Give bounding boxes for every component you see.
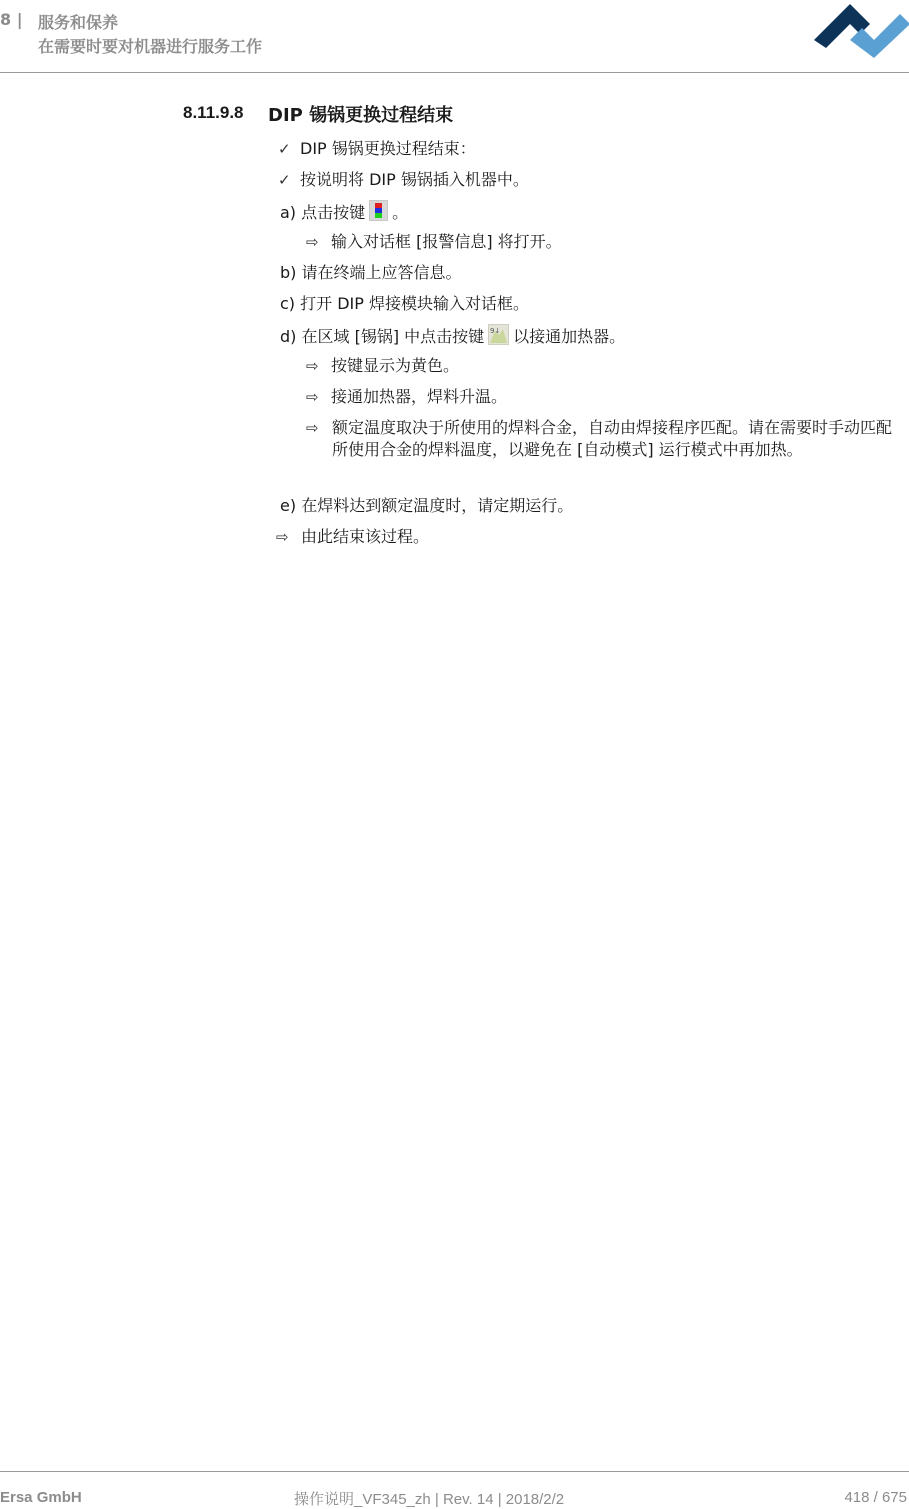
- chapter-title: 服务和保养: [38, 10, 118, 33]
- step-c: c) 打开 DIP 焊接模块输入对话框。: [280, 293, 529, 315]
- section-number: 8.11.9.8: [183, 103, 244, 123]
- step-b: b) 请在终端上应答信息。: [280, 262, 462, 284]
- result-arrow-icon: ⇨: [306, 231, 331, 253]
- checkmark-icon: ✓: [278, 138, 300, 160]
- footer-divider: [0, 1471, 909, 1472]
- footer-company: Ersa GmbH: [0, 1489, 82, 1506]
- footer-document-info: 操作说明_VF345_zh | Rev. 14 | 2018/2/2: [294, 1488, 564, 1509]
- chapter-subtitle: 在需要时要对机器进行服务工作: [38, 34, 262, 57]
- svg-text:9↓: 9↓: [490, 327, 500, 335]
- ersa-logo-icon: [812, 0, 909, 62]
- section-title: DIP 锡锅更换过程结束: [268, 101, 453, 127]
- result-arrow-icon: ⇨: [306, 386, 331, 408]
- step-d-result: ⇨接通加热器，焊料升温。: [306, 386, 507, 408]
- heater-button-icon: 9↓: [488, 324, 509, 345]
- header-divider: [0, 72, 909, 73]
- step-a: a) 点击按键 。: [280, 200, 408, 224]
- chapter-number: 8 |: [0, 10, 23, 29]
- step-d: d) 在区域 [锡锅] 中点击按键 9↓ 以接通加热器。: [280, 324, 625, 348]
- prerequisite-item: ✓DIP 锡锅更换过程结束：: [278, 138, 476, 160]
- final-result: ⇨由此结束该过程。: [276, 526, 429, 548]
- result-arrow-icon: ⇨: [306, 355, 331, 377]
- footer-page-number: 418 / 675: [844, 1489, 907, 1506]
- alarm-rgb-button-icon: [369, 200, 388, 221]
- prerequisite-item: ✓按说明将 DIP 锡锅插入机器中。: [278, 169, 529, 191]
- checkmark-icon: ✓: [278, 169, 300, 191]
- step-e: e) 在焊料达到额定温度时，请定期运行。: [280, 495, 573, 517]
- result-arrow-icon: ⇨: [276, 526, 301, 548]
- step-d-result: ⇨按键显示为黄色。: [306, 355, 459, 377]
- step-a-result: ⇨输入对话框 [报警信息] 将打开。: [306, 231, 562, 253]
- result-arrow-icon: ⇨: [306, 417, 319, 439]
- step-d-result-note: 额定温度取决于所使用的焊料合金，自动由焊接程序匹配。请在需要时手动匹配所使用合金…: [332, 417, 902, 461]
